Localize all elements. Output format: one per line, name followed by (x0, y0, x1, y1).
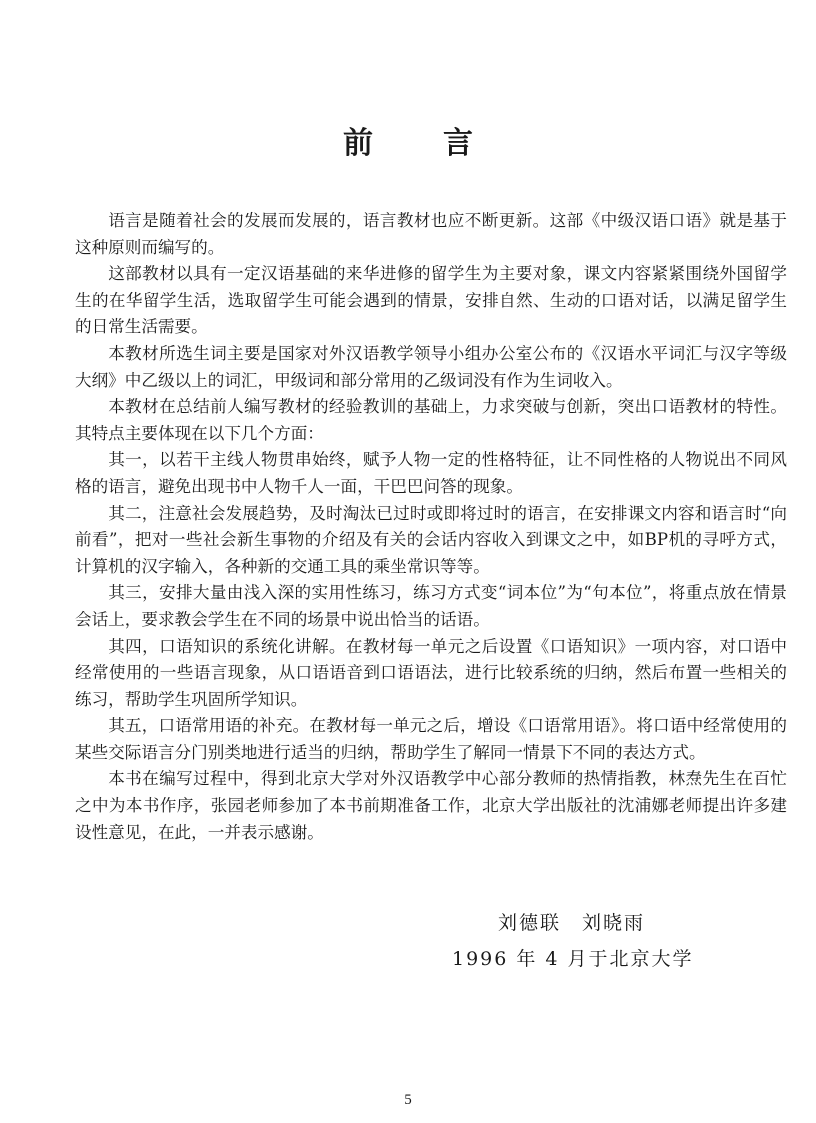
title-char-2: 言 (443, 118, 473, 162)
page-title: 前言 (0, 118, 816, 162)
paragraph-10: 本书在编写过程中，得到北京大学对外汉语教学中心部分教师的热情指教，林焘先生在百忙… (75, 766, 787, 846)
paragraph-6: 其二，注意社会发展趋势，及时淘汰已过时或即将过时的语言，在安排课文内容和语言时“… (75, 501, 787, 581)
title-char-1: 前 (343, 118, 373, 162)
preface-body: 语言是随着社会的发展而发展的，语言教材也应不断更新。这部《中级汉语口语》就是基于… (75, 208, 787, 846)
paragraph-1: 语言是随着社会的发展而发展的，语言教材也应不断更新。这部《中级汉语口语》就是基于… (75, 208, 787, 261)
paragraph-8: 其四，口语知识的系统化讲解。在教材每一单元之后设置《口语知识》一项内容，对口语中… (75, 634, 787, 714)
paragraph-3: 本教材所选生词主要是国家对外汉语教学领导小组办公室公布的《汉语水平词汇与汉字等级… (75, 341, 787, 394)
page-number: 5 (0, 1092, 816, 1109)
paragraph-4: 本教材在总结前人编写教材的经验教训的基础上，力求突破与创新，突出口语教材的特性。… (75, 394, 787, 447)
paragraph-9: 其五，口语常用语的补充。在教材每一单元之后，增设《口语常用语》。将口语中经常使用… (75, 713, 787, 766)
paragraph-7: 其三，安排大量由浅入深的实用性练习，练习方式变“词本位”为“句本位”，将重点放在… (75, 580, 787, 633)
paragraph-5: 其一，以若干主线人物贯串始终，赋予人物一定的性格特征，让不同性格的人物说出不同风… (75, 447, 787, 500)
paragraph-2: 这部教材以具有一定汉语基础的来华进修的留学生为主要对象，课文内容紧紧围绕外国留学… (75, 261, 787, 341)
date-place: 1996 年 4 月于北京大学 (452, 944, 694, 971)
author-signature: 刘德联 刘晓雨 (498, 908, 645, 935)
